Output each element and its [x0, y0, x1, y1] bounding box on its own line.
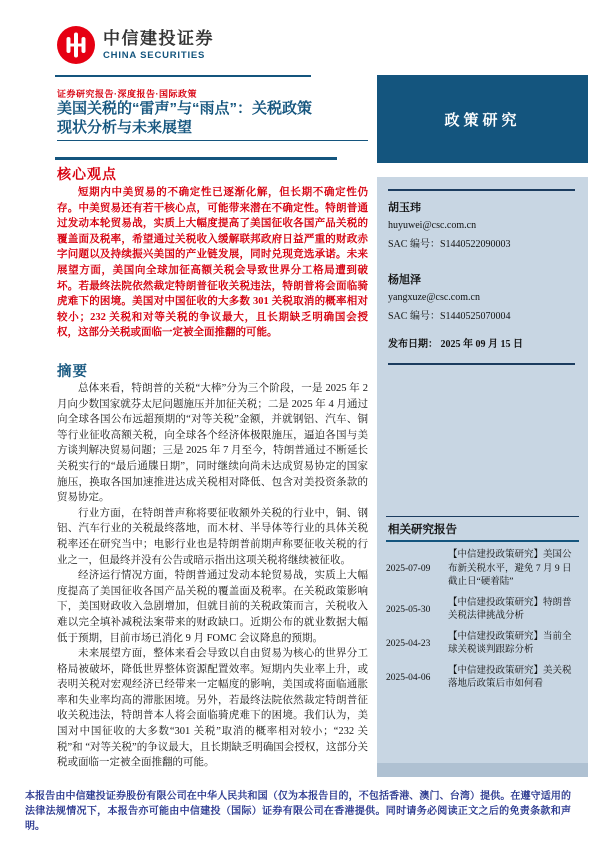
report-page: 中信建投证券 CHINA SECURITIES 证券研究报告·深度报告·国际政策…: [0, 0, 595, 842]
related-reports-heading: 相关研究报告: [386, 517, 579, 540]
related-report-date: 2025-07-09: [386, 564, 442, 574]
core-view-body: 短期内中美贸易的不确定性已逐渐化解，但长期不确定性仍存。中美贸易还有若干核心点，…: [57, 185, 368, 341]
publish-date: 发布日期： 2025 年 09 月 15 日: [388, 335, 575, 350]
brand-text: 中信建投证券 CHINA SECURITIES: [103, 29, 214, 61]
analyst-name: 胡玉玮: [388, 199, 575, 215]
sidebar-bottom-strip: [377, 763, 588, 777]
analyst-block: 胡玉玮 huyuwei@csc.com.cn SAC 编号：S144052209…: [388, 189, 575, 365]
analyst-gap: [388, 250, 575, 263]
core-view-heading: 核心观点: [57, 164, 117, 184]
summary-heading: 摘要: [57, 360, 88, 381]
analyst-email: huyuwei@csc.com.cn: [388, 220, 575, 231]
summary-paragraph: 行业方面，在特朗普声称将要征收额外关税的行业中，铜、钢铝、汽车行业的关税最终落地…: [57, 506, 368, 568]
footer-disclaimer: 本报告由中信建投证券股份有限公司在中华人民共和国（仅为本报告目的，不包括香港、澳…: [25, 789, 571, 834]
sidebar: 胡玉玮 huyuwei@csc.com.cn SAC 编号：S144052209…: [377, 177, 588, 777]
analyst-name: 杨旭泽: [388, 271, 575, 287]
related-report-item: 2025-04-06 【中信建投政策研究】美关税落地后政策后市如何看: [386, 665, 579, 692]
related-report-date: 2025-04-23: [386, 639, 442, 649]
report-title-line2: 现状分析与未来展望: [57, 118, 368, 137]
related-reports-block: 相关研究报告 2025-07-09 【中信建投政策研究】美国公布新关税水平，避免…: [386, 516, 579, 692]
analyst-top-rule: [388, 189, 575, 191]
related-report-date: 2025-04-06: [386, 673, 442, 683]
brand-name-cn: 中信建投证券: [103, 29, 214, 49]
related-report-title: 【中信建投政策研究】美国公布新关税水平，避免 7 月 9 日截止日“硬着陆”: [448, 549, 579, 590]
report-title-line1: 美国关税的“雷声”与“雨点”：关税政策: [57, 99, 368, 118]
summary-paragraph: 经济运行情况方面，特朗普通过发动本轮贸易战，实质上大幅度提高了美国征收各国产品关…: [57, 568, 368, 646]
related-report-item: 2025-04-23 【中信建投政策研究】当前全球关税谈判跟踪分析: [386, 631, 579, 658]
report-title: 美国关税的“雷声”与“雨点”：关税政策 现状分析与未来展望: [57, 99, 368, 141]
summary-paragraph: 未来展望方面，整体来看会导致以自由贸易为核心的世界分工格局被破坏，降低世界整体资…: [57, 646, 368, 771]
related-report-item: 2025-07-09 【中信建投政策研究】美国公布新关税水平，避免 7 月 9 …: [386, 549, 579, 590]
analyst-sac-number: SAC 编号：S1440522090003: [388, 235, 575, 250]
related-report-date: 2025-05-30: [386, 605, 442, 615]
related-report-title: 【中信建投政策研究】美关税落地后政策后市如何看: [448, 665, 579, 692]
related-report-item: 2025-05-30 【中信建投政策研究】特朗普关税法律挑战分析: [386, 597, 579, 624]
citic-logo-icon: [56, 25, 96, 65]
summary-body: 总体来看，特朗普的关税“大棒”分为三个阶段，一是 2025 年 2 月向少数国家…: [57, 381, 368, 771]
category-box: 政策研究: [377, 75, 588, 163]
core-section-divider: [55, 157, 337, 160]
analyst-sac-number: SAC 编号：S1440525070004: [388, 307, 575, 322]
brand-name-en: CHINA SECURITIES: [103, 50, 214, 61]
header-divider: [55, 75, 311, 77]
related-report-title: 【中信建投政策研究】特朗普关税法律挑战分析: [448, 597, 579, 624]
analyst-email: yangxuze@csc.com.cn: [388, 292, 575, 303]
category-label: 政策研究: [444, 109, 520, 130]
brand-logo: 中信建投证券 CHINA SECURITIES: [56, 25, 214, 65]
related-report-title: 【中信建投政策研究】当前全球关税谈判跟踪分析: [448, 631, 579, 658]
related-heading-rule: [386, 540, 579, 542]
analyst-bottom-rule: [388, 363, 575, 365]
summary-paragraph: 总体来看，特朗普的关税“大棒”分为三个阶段，一是 2025 年 2 月向少数国家…: [57, 381, 368, 506]
